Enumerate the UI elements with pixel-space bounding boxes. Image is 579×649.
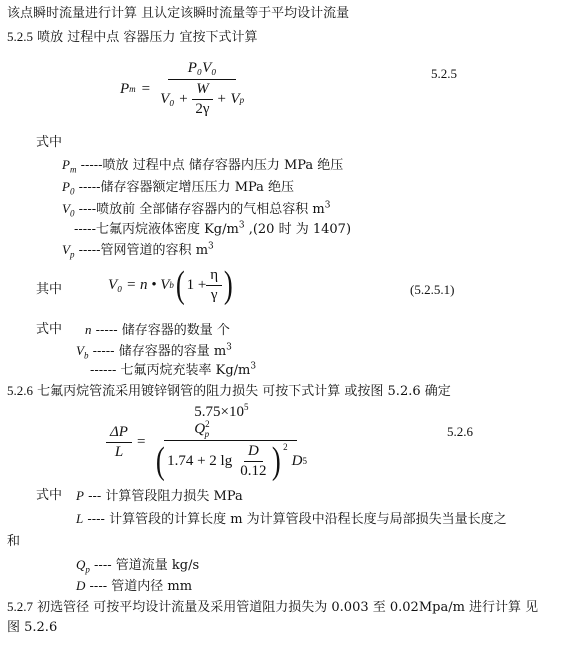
equals-sign: =: [142, 81, 150, 98]
superscript: 3: [208, 242, 214, 252]
symbol: D: [76, 578, 85, 593]
superscript: 3: [226, 343, 232, 353]
where-label: 式中: [36, 135, 62, 151]
symbol: P: [62, 157, 70, 172]
right-paren: ): [272, 442, 281, 480]
section-number: 5.2.7: [7, 599, 33, 614]
definition-density: -----七氟丙烷液体密度 Kg/m3 ,(20 时 为 1407): [74, 222, 351, 238]
flow-exponent: 2: [205, 419, 210, 429]
definition-qp: Qp ---- 管道流量 kg/s: [76, 557, 199, 574]
symbol-sub: p: [85, 565, 90, 575]
section-text: 喷放 过程中点 容器压力 宜按下式计算: [37, 30, 257, 45]
definition-fill-ratio: ------ 七氟丙烷充装率 Kg/m3: [90, 363, 256, 379]
diameter: D: [292, 453, 303, 470]
inner-num: W: [192, 81, 213, 100]
definition-text: ---- 管道流量 kg/s: [94, 558, 199, 573]
definition-text: ---- 计算管段的计算长度 m 为计算管段中沿程长度与局部损失当量长度之: [87, 512, 506, 527]
definition-text: -----储存容器额定增压压力 MPa 绝压: [79, 180, 294, 195]
definition-text: ----喷放前 全部储存容器内的气相总容积 m: [79, 202, 325, 217]
den-term-b: + V: [217, 91, 240, 108]
where-label-3: 式中: [36, 322, 62, 338]
section-number: 5.2.6: [7, 383, 33, 398]
symbol: n: [85, 322, 92, 337]
symbol-sub: m: [70, 165, 77, 175]
definition-l: L ---- 计算管段的计算长度 m 为计算管段中沿程长度与局部损失当量长度之: [76, 511, 507, 528]
denominator: γ: [207, 286, 222, 304]
equation-5-2-6: ΔP L = 5.75×105 Q2p ( 1.74 + 2 lg D 0.12…: [106, 404, 311, 480]
where-label-2: 其中: [36, 282, 62, 298]
section-5-2-6-heading: 5.2.6 七氟丙烷管流采用镀锌钢管的阻力损失 可按下式计算 或按图 5.2.6…: [7, 383, 451, 400]
symbol-sub: 0: [70, 187, 75, 197]
where-label-4: 式中: [36, 488, 62, 504]
definition-text: -----七氟丙烷液体密度 Kg/m: [74, 222, 239, 237]
left-paren: (: [156, 442, 165, 480]
definition-text: ----- 储存容器的容量 m: [93, 344, 227, 359]
definition-l-continued: 和: [7, 534, 20, 550]
den-inner: 1.74 + 2 lg: [167, 453, 232, 470]
left-paren: (: [176, 266, 185, 304]
equals-sign: =: [137, 434, 145, 451]
numerator: P₀V₀: [168, 60, 237, 80]
eq-lhs: P: [120, 81, 129, 98]
rhs-fraction: 5.75×105 Q2p ( 1.74 + 2 lg D 0.12 )2 D5: [150, 404, 311, 480]
definition-text: ----- 储存容器的数量 个: [96, 323, 230, 338]
definition-vb: Vb ----- 储存容器的容量 m3: [76, 343, 232, 360]
section-5-2-5-heading: 5.2.5 喷放 过程中点 容器压力 宜按下式计算: [7, 29, 258, 46]
definition-n: n ----- 储存容器的数量 个: [85, 322, 230, 339]
equation-number: (5.2.5.1): [410, 282, 454, 298]
fraction: P₀V₀ V₀ + W 2γ + Vp: [156, 60, 248, 118]
definition-text: ------ 七氟丙烷充装率 Kg/m: [90, 363, 250, 378]
symbol-sub: b: [84, 351, 89, 361]
symbol-sub: 0: [70, 209, 75, 219]
definition-d: D ---- 管道内径 mm: [76, 578, 192, 595]
symbol: P: [76, 488, 84, 503]
section-5-2-7-heading: 5.2.7 初选管径 可按平均设计流量及采用管道阻力损失为 0.003 至 0.…: [7, 599, 538, 616]
definition-p0: P0 -----储存容器额定增压压力 MPa 绝压: [62, 179, 294, 196]
definition-tail: ,(20 时 为 1407): [245, 222, 351, 237]
section-number: 5.2.5: [7, 29, 33, 44]
superscript: 3: [325, 201, 331, 211]
definition-p: P --- 计算管段阻力损失 MPa: [76, 488, 243, 505]
symbol: V: [76, 343, 84, 358]
definition-v0: V0 ----喷放前 全部储存容器内的气相总容积 m3: [62, 201, 331, 218]
definition-vp: Vp -----管网管道的容积 m3: [62, 242, 214, 259]
definition-text: ---- 管道内径 mm: [90, 579, 193, 594]
numerator: η: [206, 267, 222, 286]
section-text: 初选管径 可按平均设计流量及采用管道阻力损失为 0.003 至 0.02Mpa/…: [37, 600, 538, 615]
rhs-denominator: ( 1.74 + 2 lg D 0.12 )2 D5: [150, 441, 311, 480]
inner-fraction: W 2γ: [191, 81, 213, 118]
one-plus: 1 +: [187, 277, 207, 294]
symbol: Q: [76, 557, 85, 572]
lhs-denominator: L: [111, 443, 127, 461]
symbol: P: [62, 179, 70, 194]
exponent: 5: [244, 402, 249, 412]
symbol: V: [62, 242, 70, 257]
right-paren: ): [224, 266, 233, 304]
d-num: D: [244, 443, 263, 462]
section-text: 七氟丙烷管流采用镀锌钢管的阻力损失 可按下式计算 或按图 5.2.6 确定: [37, 384, 451, 399]
definition-text: --- 计算管段阻力损失 MPa: [88, 489, 243, 504]
d-den: 0.12: [236, 462, 270, 480]
denominator: V₀ + W 2γ + Vp: [156, 80, 248, 118]
definition-pm: Pm -----喷放 过程中点 储存容器内压力 MPa 绝压: [62, 157, 343, 174]
coefficient: 5.75×10: [194, 404, 244, 420]
flow-sub: p: [205, 429, 210, 439]
equation-number: 5.2.6: [447, 424, 473, 440]
flow-symbol: Q: [194, 421, 205, 437]
lhs-fraction: ΔP L: [106, 424, 132, 461]
intro-line: 该点瞬时流量进行计算 且认定该瞬时流量等于平均设计流量: [7, 6, 349, 22]
rhs-numerator: 5.75×105 Q2p: [164, 404, 297, 441]
equation-5-2-5-1: V₀ = n • Vb ( 1 + η γ ): [108, 266, 235, 304]
den-term-a: V₀ +: [160, 91, 188, 108]
equation-5-2-5: Pm = P₀V₀ V₀ + W 2γ + Vp: [120, 60, 248, 118]
superscript: 3: [250, 362, 256, 372]
fraction: η γ: [206, 267, 222, 304]
definition-text: -----喷放 过程中点 储存容器内压力 MPa 绝压: [81, 158, 344, 173]
symbol: V: [62, 201, 70, 216]
d-over-012: D 0.12: [236, 443, 270, 480]
symbol: L: [76, 511, 83, 526]
lhs-numerator: ΔP: [106, 424, 132, 443]
equation-number: 5.2.5: [431, 66, 457, 82]
definition-text: -----管网管道的容积 m: [79, 243, 208, 258]
inner-den: 2γ: [191, 100, 213, 118]
symbol-sub: p: [70, 250, 75, 260]
section-5-2-7-continued: 图 5.2.6: [7, 620, 57, 636]
eq-lhs: V₀ = n • V: [108, 277, 169, 294]
